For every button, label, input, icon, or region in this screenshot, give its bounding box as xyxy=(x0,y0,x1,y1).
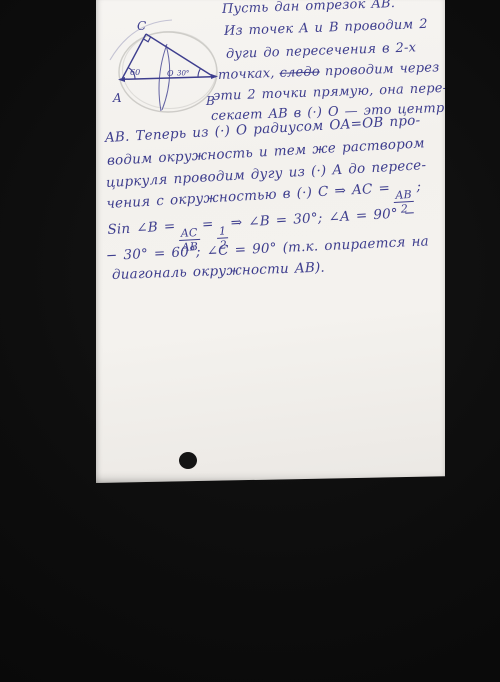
note-line-2: Из точек A и B проводим 2 xyxy=(224,17,428,39)
notebook-page: A B C O 60 30° Пусть дан отрезок AB. Из … xyxy=(96,0,445,483)
note-line-11-p2: = xyxy=(202,216,214,233)
note-line-4-post: проводим через xyxy=(325,60,440,79)
hole-punch-dot xyxy=(179,452,197,469)
note-line-11-p1: Sin ∠B = xyxy=(107,218,176,238)
photo-background: A B C O 60 30° Пусть дан отрезок AB. Из … xyxy=(0,0,500,682)
angle-label-30: 30° xyxy=(177,70,189,78)
note-line-13: диагональ окружности AB). xyxy=(112,260,325,283)
note-line-10-post: ; xyxy=(416,178,422,194)
vertex-label-a: A xyxy=(112,91,122,105)
note-line-1: Пусть дан отрезок AB. xyxy=(222,0,396,17)
note-line-4-pre: точках, xyxy=(218,66,275,83)
angle-label-60: 60 xyxy=(130,68,140,77)
angle-arc-b xyxy=(198,69,201,78)
note-line-4: точках,следопроводим через xyxy=(218,60,440,83)
triangle-circle-diagram: A B C O 60 30° xyxy=(106,6,242,124)
note-line-4-strikethrough: следо xyxy=(279,64,320,80)
vertex-label-c: C xyxy=(137,19,146,33)
center-label-o: O xyxy=(167,69,174,78)
note-line-3: дуги до пересечения в 2-х xyxy=(226,40,417,62)
note-line-5: эти 2 точки прямую, она пере- xyxy=(213,81,448,104)
